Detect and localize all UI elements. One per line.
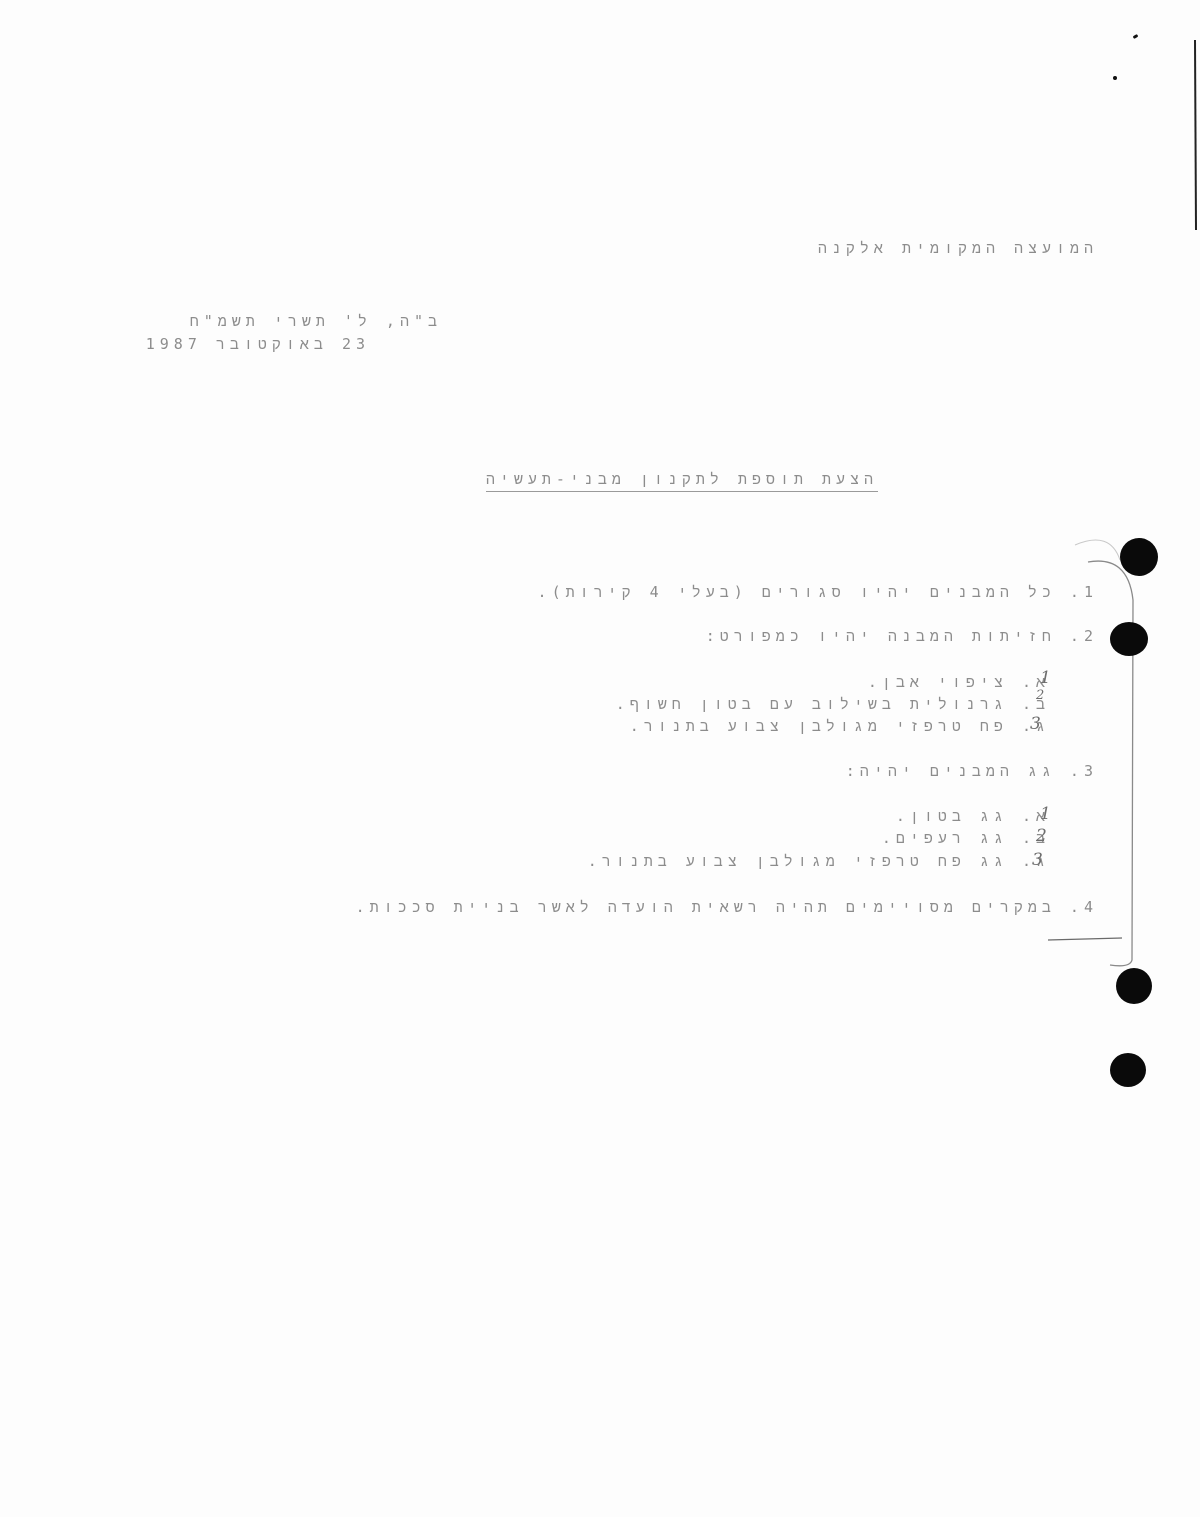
item-number: 1 — [1084, 583, 1098, 601]
handwritten-mark: 3 — [1032, 850, 1043, 870]
list-item: 4. במקרים מסויימים תהיה רשאית הועדה לאשר… — [356, 898, 1098, 917]
handwritten-mark: 1 — [1040, 804, 1051, 824]
punch-hole — [1110, 622, 1148, 656]
sub-item-text: גג פח טרפזי מגולבן צבוע בתנור. — [588, 852, 1008, 870]
sub-item: א. גג בטון. — [896, 807, 1050, 826]
handwritten-bracket — [0, 0, 1200, 1517]
handwritten-mark: 1 — [1040, 668, 1051, 688]
item-number: 2 — [1084, 627, 1098, 645]
sub-item: ב. גג רעפים. — [882, 829, 1050, 848]
sub-item: ב. גרנולית בשילוב עם בטון חשוף. — [616, 695, 1050, 714]
handwritten-mark: 2 — [1036, 688, 1044, 703]
sub-item-text: גג רעפים. — [882, 829, 1008, 847]
date-gregorian: 23 באוקטובר 1987 — [146, 335, 370, 354]
sub-item: ג. פח טרפזי מגולבן צבוע בתנור. — [630, 717, 1050, 736]
list-item: 1. כל המבנים יהיו סגורים (בעלי 4 קירות). — [538, 583, 1098, 602]
ink-speck — [1113, 76, 1117, 80]
list-item: 2. חזיתות המבנה יהיו כמפורט: — [706, 627, 1098, 646]
item-text: גג המבנים יהיה: — [846, 762, 1056, 780]
sub-item-text: ציפוי אבן. — [868, 673, 1008, 691]
sub-item-text: גרנולית בשילוב עם בטון חשוף. — [616, 695, 1008, 713]
item-text: חזיתות המבנה יהיו כמפורט: — [706, 627, 1056, 645]
item-number: 3 — [1084, 762, 1098, 780]
punch-hole — [1116, 968, 1152, 1004]
date-gregorian-text: 23 באוקטובר 1987 — [146, 335, 370, 353]
document-title: הצעת תוספת לתקנון מבני-תעשיה — [486, 470, 878, 492]
item-text: במקרים מסויימים תהיה רשאית הועדה לאשר בנ… — [356, 898, 1056, 916]
letterhead: המועצה המקומית אלקנה — [818, 239, 1098, 258]
date-hebrew: ב"ה, ל' תשרי תשמ"ח — [190, 312, 442, 331]
item-number: 4 — [1084, 898, 1098, 916]
sub-item-text: גג בטון. — [896, 807, 1008, 825]
sub-item: ג. גג פח טרפזי מגולבן צבוע בתנור. — [588, 852, 1050, 871]
punch-hole — [1110, 1053, 1146, 1087]
sub-item: א. ציפוי אבן. — [868, 673, 1050, 692]
handwritten-mark: 3 — [1030, 714, 1041, 734]
list-item: 3. גג המבנים יהיה: — [846, 762, 1098, 781]
item-text: כל המבנים יהיו סגורים (בעלי 4 קירות). — [538, 583, 1056, 601]
sub-item-text: פח טרפזי מגולבן צבוע בתנור. — [630, 717, 1008, 735]
handwritten-mark: 2 — [1036, 826, 1047, 846]
punch-hole — [1120, 538, 1158, 576]
